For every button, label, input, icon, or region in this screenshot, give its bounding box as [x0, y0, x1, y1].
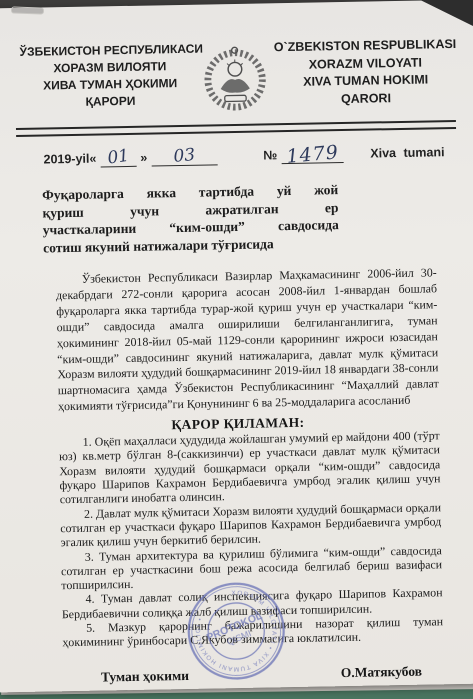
year-label: 2019-yil [43, 152, 89, 169]
staple [11, 6, 44, 14]
signer-role: Туман ҳокими [101, 668, 189, 686]
letterhead-latin: O`ZBEKISTON RESPUBLIKASI XORAZM VILOYATI… [269, 36, 461, 109]
signer-name: О.Матякубов [341, 663, 422, 680]
number-sign: № [263, 148, 277, 164]
letterhead: ЎЗБЕКИСТОН РЕСПУБЛИКАСИ ХОРАЗМ ВИЛОЯТИ Х… [19, 36, 461, 117]
date-number-line: 2019-yil « 01 » 03 № 1479 Xiva tumani [43, 140, 444, 168]
handwritten-number: 1479 [285, 141, 339, 168]
letterhead-latin-line: O`ZBEKISTON RESPUBLIKASI [269, 36, 460, 57]
handwritten-day: 01 [106, 146, 130, 169]
day-blank: 01 [100, 146, 136, 168]
letterhead-cyrillic: ЎЗБЕКИСТОН РЕСПУБЛИКАСИ ХОРАЗМ ВИЛОЯТИ Х… [19, 41, 200, 112]
close-quote: » [140, 151, 147, 167]
letterhead-cyrillic-line: ХИВА ТУМАН ҲОКИМИ [20, 75, 200, 95]
photo-backdrop: ЎЗБЕКИСТОН РЕСПУБЛИКАСИ ХОРАЗМ ВИЛОЯТИ Х… [0, 0, 473, 699]
preamble-paragraph: Ўзбекистон Республикаси Вазирлар Маҳкама… [56, 265, 440, 415]
decree-title: Фуқароларга якка тартибда уй жой қуриш у… [42, 181, 339, 256]
uzbekistan-emblem-icon [199, 42, 270, 113]
decree-item-1: 1. Оқёп маҳалласи ҳудудида жойлашган уму… [59, 428, 441, 506]
open-quote: « [89, 152, 96, 168]
number-blank: 1479 [281, 142, 343, 164]
double-rule-divider [16, 120, 456, 137]
decree-item-2: 2. Давлат мулк қўмитаси Хоразм вилояти ҳ… [60, 500, 442, 550]
letterhead-cyrillic-line: ЎЗБЕКИСТОН РЕСПУБЛИКАСИ [19, 41, 199, 61]
letterhead-cyrillic-line: ҚАРОРИ [20, 92, 200, 112]
handwritten-month: 03 [173, 145, 196, 167]
protokol-round-stamp: XORAZM VILOYATI • XIVA TUMANI HOKIMLIGI … [179, 574, 293, 688]
place-label: Xiva tumani [370, 145, 444, 162]
decree-document-page: ЎЗБЕКИСТОН РЕСПУБЛИКАСИ ХОРАЗМ ВИЛОЯТИ Х… [0, 0, 473, 692]
month-blank: 03 [151, 144, 217, 166]
letterhead-latin-line: QARORI [270, 88, 461, 109]
